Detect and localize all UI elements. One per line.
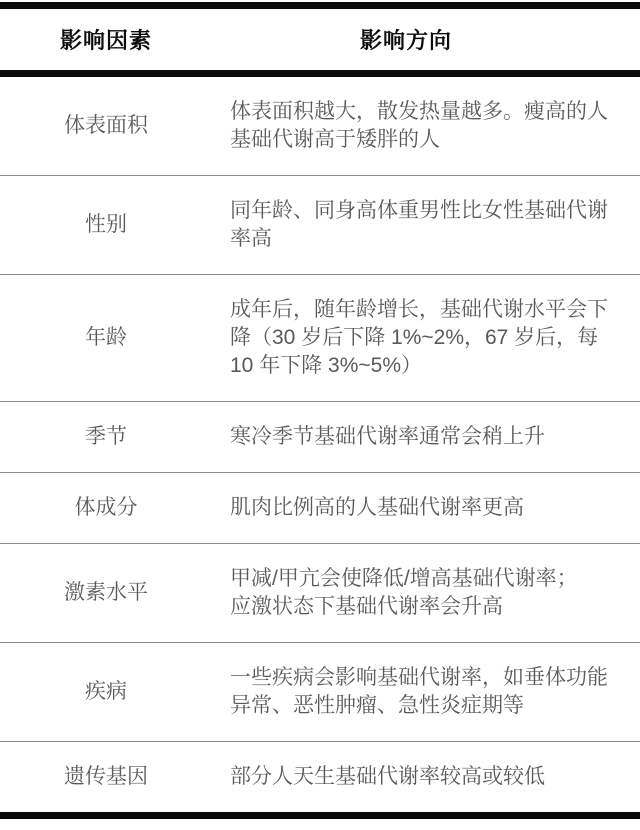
table-top-border [0,2,640,9]
table-header-row: 影响因素 影响方向 [0,9,640,70]
direction-cell: 成年后，随年龄增长，基础代谢水平会下 降（30 岁后下降 1%~2%，67 岁后… [212,296,640,380]
factor-cell: 遗传基因 [0,763,212,791]
header-direction: 影响方向 [212,24,640,55]
factor-cell: 季节 [0,423,212,451]
factor-cell: 年龄 [0,324,212,352]
table-row-body-surface: 体表面积 体表面积越大，散发热量越多。瘦高的人 基础代谢高于矮胖的人 [0,77,640,175]
direction-cell: 同年龄、同身高体重男性比女性基础代谢 率高 [212,197,640,253]
direction-cell: 部分人天生基础代谢率较高或较低 [212,763,640,791]
factor-cell: 体表面积 [0,112,212,140]
direction-cell: 寒冷季节基础代谢率通常会稍上升 [212,423,640,451]
table-bottom-border [0,812,640,819]
table-row-season: 季节 寒冷季节基础代谢率通常会稍上升 [0,401,640,472]
table-row-disease: 疾病 一些疾病会影响基础代谢率，如垂体功能 异常、恶性肿瘤、急性炎症期等 [0,642,640,741]
factor-cell: 疾病 [0,678,212,706]
direction-cell: 肌肉比例高的人基础代谢率更高 [212,494,640,522]
table-row-sex: 性别 同年龄、同身高体重男性比女性基础代谢 率高 [0,175,640,274]
header-bottom-border [0,70,640,77]
table-row-genetics: 遗传基因 部分人天生基础代谢率较高或较低 [0,741,640,812]
table-row-age: 年龄 成年后，随年龄增长，基础代谢水平会下 降（30 岁后下降 1%~2%，67… [0,274,640,401]
table-body: 体表面积 体表面积越大，散发热量越多。瘦高的人 基础代谢高于矮胖的人 性别 同年… [0,77,640,812]
table-row-hormone-level: 激素水平 甲减/甲亢会使降低/增高基础代谢率； 应激状态下基础代谢率会升高 [0,543,640,642]
direction-cell: 体表面积越大，散发热量越多。瘦高的人 基础代谢高于矮胖的人 [212,98,640,154]
factor-cell: 激素水平 [0,579,212,607]
direction-cell: 一些疾病会影响基础代谢率，如垂体功能 异常、恶性肿瘤、急性炎症期等 [212,664,640,720]
header-factor: 影响因素 [0,24,212,55]
bmr-factors-table: 影响因素 影响方向 体表面积 体表面积越大，散发热量越多。瘦高的人 基础代谢高于… [0,0,640,830]
direction-cell: 甲减/甲亢会使降低/增高基础代谢率； 应激状态下基础代谢率会升高 [212,565,640,621]
table-row-body-composition: 体成分 肌肉比例高的人基础代谢率更高 [0,472,640,543]
factor-cell: 体成分 [0,494,212,522]
factor-cell: 性别 [0,211,212,239]
